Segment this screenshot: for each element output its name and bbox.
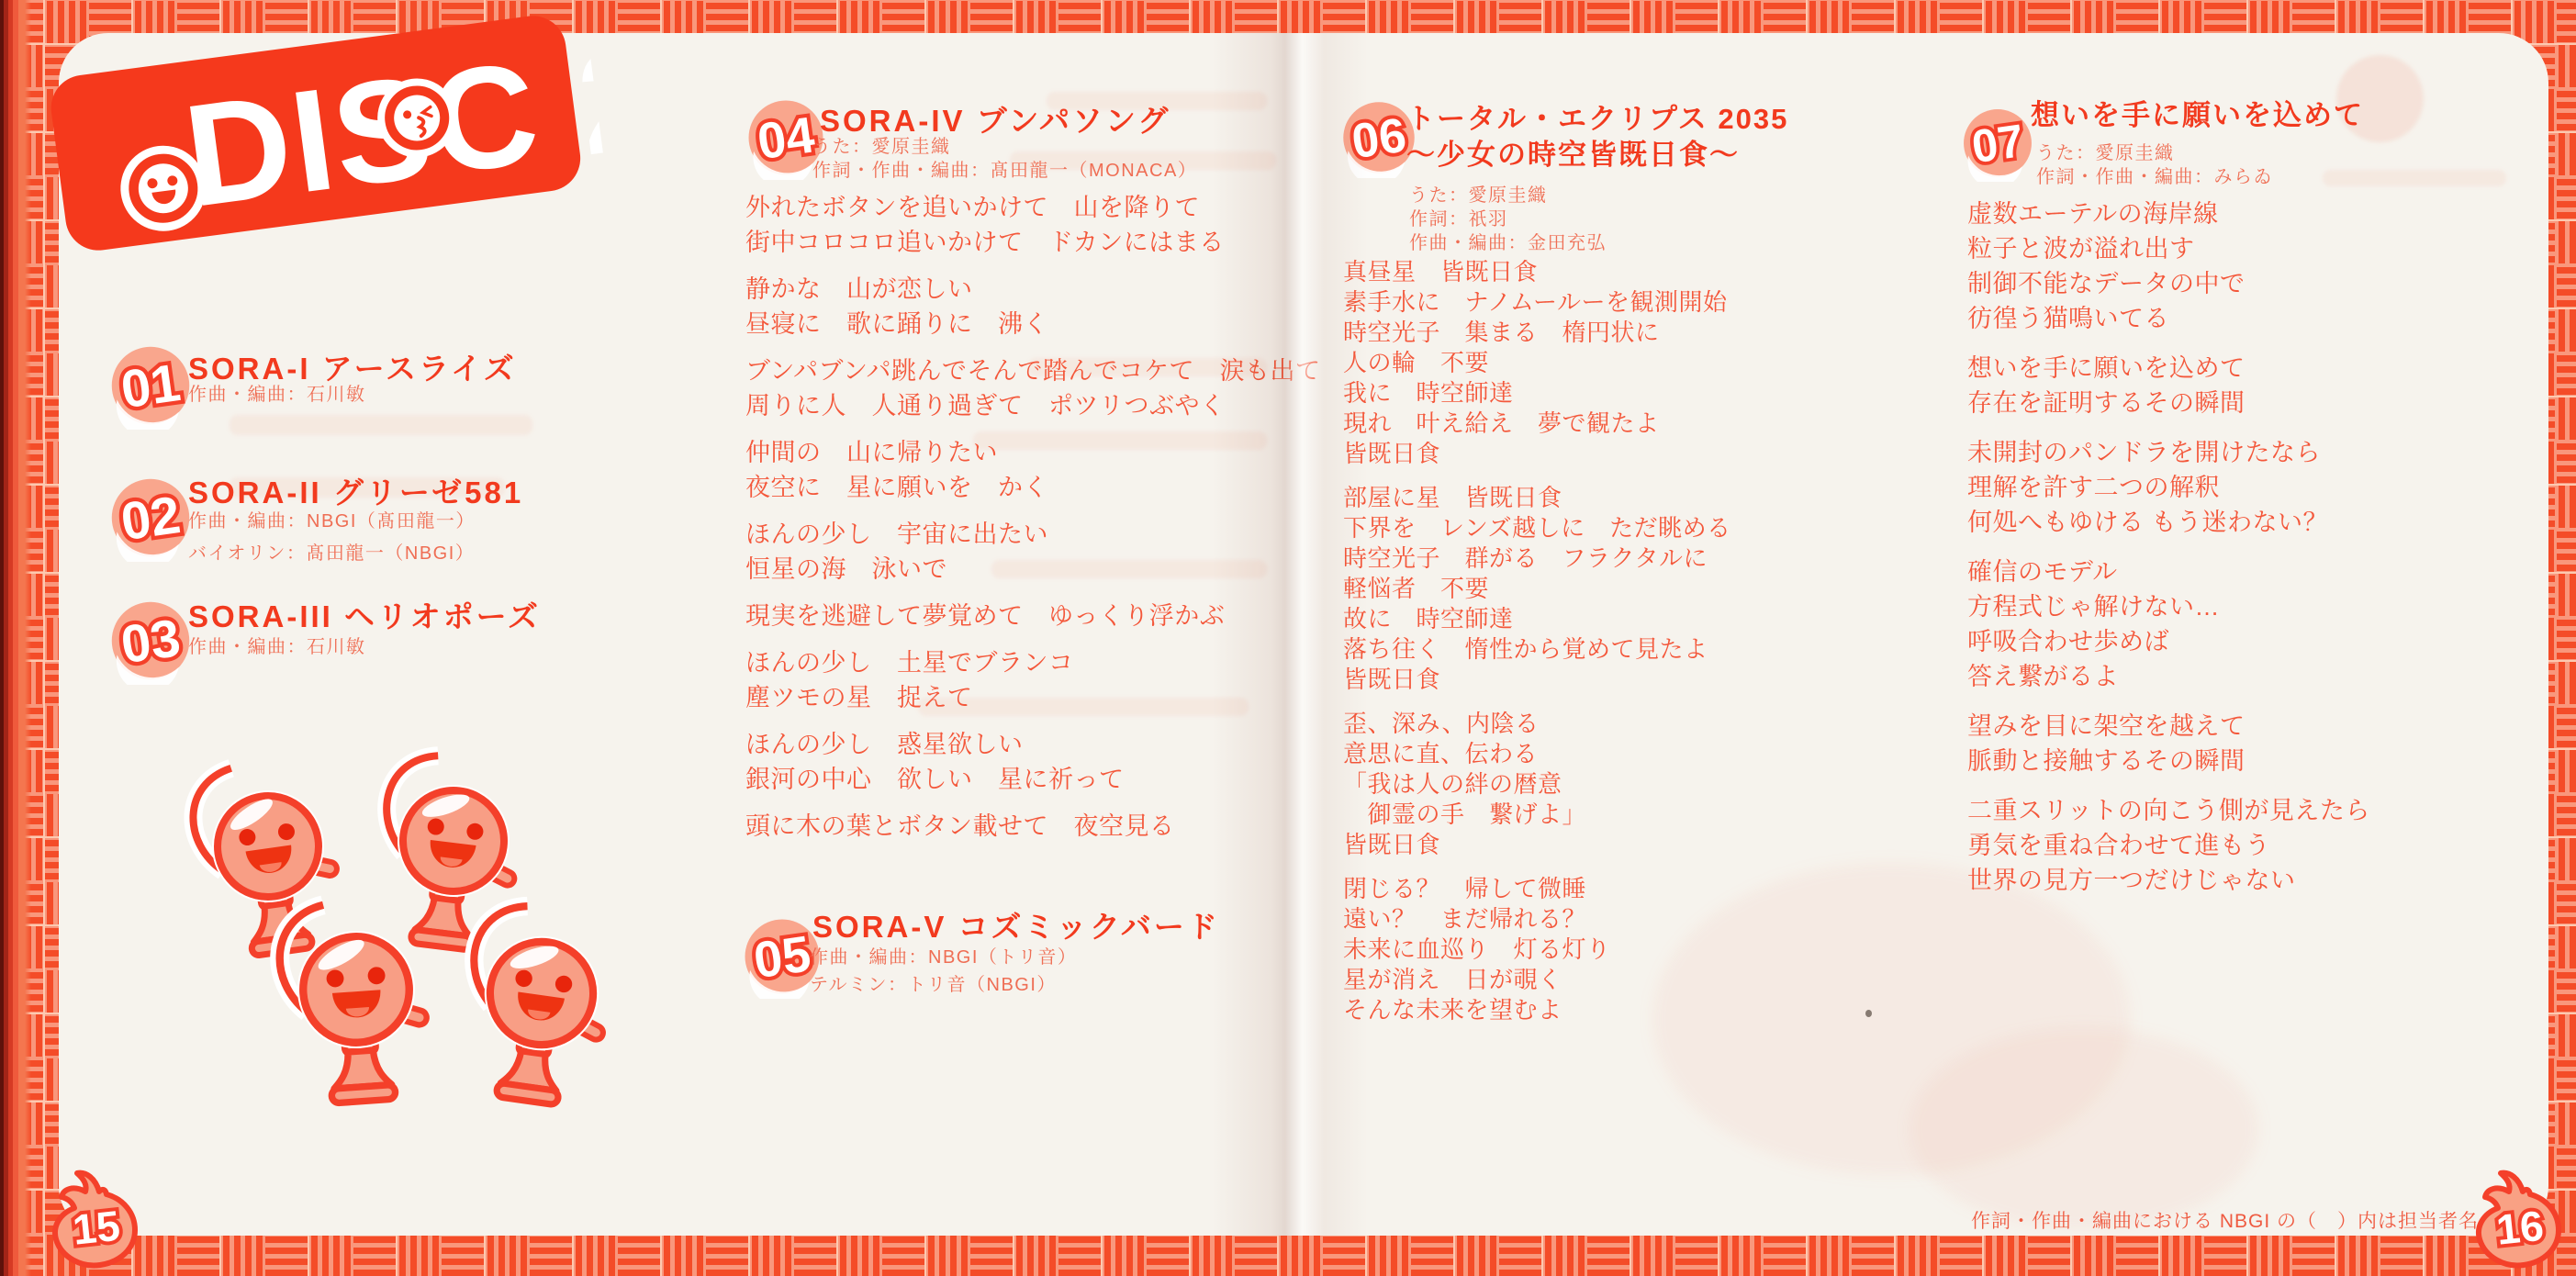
track-number: 05 <box>750 924 813 989</box>
lyric-line: 銀河の中心 欲しい 星に祈って <box>745 762 1315 797</box>
lyric-line: 理解を許す二つの解釈 <box>1967 470 2518 505</box>
lyric-stanza: 未開封のパンドラを開けたなら理解を許す二つの解釈何処へもゆける もう迷わない？ <box>1967 435 2518 540</box>
track-number-badge: 01 <box>106 341 195 430</box>
lyric-line: 素手水に ナノムールーを観測開始 <box>1343 287 1912 318</box>
lyric-line: 夜空に 星に願いを かく <box>745 470 1315 505</box>
lyric-line: 答え繋がるよ <box>1967 659 2518 694</box>
lyric-line: 歪、深み、内陰る <box>1343 709 1912 739</box>
lyric-stanza: ほんの少し 宇宙に出たい恒星の海 泳いで <box>745 517 1315 587</box>
lyrics-track07: 虚数エーテルの海岸線粒子と波が溢れ出す制御不能なデータの中で彷徨う猫鳴いてる想い… <box>1967 196 2518 912</box>
lyric-line: 下界を レンズ越しに ただ眺める <box>1343 513 1912 543</box>
lyric-line: 遠い？ まだ帰れる？ <box>1343 904 1912 935</box>
lyric-line: 御霊の手 繋げよ」 <box>1343 800 1912 830</box>
lyric-stanza: ほんの少し 惑星欲しい銀河の中心 欲しい 星に祈って <box>745 727 1315 797</box>
lyric-line: 周りに人 人通り過ぎて ポツリつぶやく <box>745 388 1315 423</box>
lyric-line: 部屋に星 皆既日食 <box>1343 483 1912 513</box>
track-number: 03 <box>118 609 184 675</box>
lyric-line: 頭に木の葉とボタン載せて 夜空見る <box>745 809 1315 844</box>
lyric-stanza: 静かな 山が恋しい昼寝に 歌に踊りに 沸く <box>745 272 1315 341</box>
track-vocal-credit: うた：愛原圭織 <box>812 131 951 158</box>
don-characters-illustration <box>138 744 689 1221</box>
lyric-line: 意思に直、伝わる <box>1343 739 1912 769</box>
lyric-line: 虚数エーテルの海岸線 <box>1967 196 2518 231</box>
lyric-line: 未開封のパンドラを開けたなら <box>1967 435 2518 470</box>
track-lyricist-credit: 作詞：祇羽 <box>1409 204 1508 230</box>
lyric-line: ほんの少し 惑星欲しい <box>745 727 1315 762</box>
lyric-line: 粒子と波が溢れ出す <box>1967 231 2518 266</box>
track-credit: 作詞・作曲・編曲：みらゐ <box>2036 162 2273 188</box>
lyric-line: ほんの少し 宇宙に出たい <box>745 517 1315 552</box>
lyric-line: 皆既日食 <box>1343 439 1912 469</box>
track-credit: 作曲・編曲：NBGI（トリ音） <box>810 942 1077 968</box>
lyric-line: 何処へもゆける もう迷わない？ <box>1967 505 2518 540</box>
lyric-line: 脈動と接触するその瞬間 <box>1967 744 2518 778</box>
track-title: 想いを手に願いを込めて <box>2031 92 2364 133</box>
track-title: SORA-V コズミックバード <box>812 903 1220 946</box>
track-credit: 作詞・作曲・編曲：髙田龍一（MONACA） <box>812 155 1197 182</box>
track-title-line2: ～少女の時空皆既日食～ <box>1406 131 1740 173</box>
track-number: 04 <box>754 106 818 170</box>
lyric-line: 未来に血巡り 灯る灯り <box>1343 935 1912 965</box>
lyric-line: 街中コロコロ追いかけて ドカンにはまる <box>745 225 1315 260</box>
lyric-line: 時空光子 群がる フラクタルに <box>1343 543 1912 574</box>
lyric-line: 皆既日食 <box>1343 830 1912 860</box>
lyric-line: 制御不能なデータの中で <box>1967 266 2518 301</box>
track-number-badge: 03 <box>106 597 195 685</box>
lyric-line: 方程式じゃ解けない… <box>1967 589 2518 624</box>
lyric-stanza: 外れたボタンを追いかけて 山を降りて街中コロコロ追いかけて ドカンにはまる <box>745 190 1315 260</box>
booklet-spine-edge <box>0 0 31 1276</box>
lyric-line: 望みを目に架空を越えて <box>1967 709 2518 744</box>
lyric-line: 昼寝に 歌に踊りに 沸く <box>745 307 1315 341</box>
lyric-stanza: 現実を逃避して夢覚めて ゆっくり浮かぶ <box>745 599 1315 633</box>
track-credit: テルミン：トリ音（NBGI） <box>810 969 1057 996</box>
lyric-stanza: ブンパブンパ跳んでそんで踏んでコケて 涙も出て周りに人 人通り過ぎて ポツリつぶ… <box>745 353 1315 423</box>
lyric-line: 我に 時空師達 <box>1343 378 1912 409</box>
lyric-line: 想いを手に願いを込めて <box>1967 351 2518 386</box>
lyric-line: 二重スリットの向こう側が見えたら <box>1967 793 2518 828</box>
track-vocal-credit: うた：愛原圭織 <box>2036 138 2175 164</box>
lyric-stanza: 頭に木の葉とボタン載せて 夜空見る <box>745 809 1315 844</box>
lyric-stanza: 虚数エーテルの海岸線粒子と波が溢れ出す制御不能なデータの中で彷徨う猫鳴いてる <box>1967 196 2518 336</box>
track-credit: 作曲・編曲：石川敏 <box>188 379 366 406</box>
lyric-stanza: 歪、深み、内陰る意思に直、伝わる「我は人の絆の暦意 御霊の手 繋げよ」皆既日食 <box>1343 709 1912 860</box>
lyric-line: 呼吸合わせ歩めば <box>1967 624 2518 659</box>
page-number: 15 <box>71 1202 122 1254</box>
lyrics-track06: 真昼星 皆既日食素手水に ナノムールーを観測開始時空光子 集まる 楕円状に人の輪… <box>1343 257 1912 1039</box>
lyric-line: 勇気を重ね合わせて進もう <box>1967 828 2518 863</box>
lyric-line: 真昼星 皆既日食 <box>1343 257 1912 287</box>
lyrics-track04: 外れたボタンを追いかけて 山を降りて街中コロコロ追いかけて ドカンにはまる静かな… <box>745 190 1315 856</box>
lyric-line: 静かな 山が恋しい <box>745 272 1315 307</box>
lyric-stanza: ほんの少し 土星でブランコ塵ツモの星 捉えて <box>745 645 1315 715</box>
lyric-line: 現実を逃避して夢覚めて ゆっくり浮かぶ <box>745 599 1315 633</box>
lyric-line: 故に 時空師達 <box>1343 604 1912 634</box>
track-credit: バイオリン：髙田龍一（NBGI） <box>188 538 475 565</box>
lyric-line: 人の輪 不要 <box>1343 348 1912 378</box>
track-number: 01 <box>118 353 184 420</box>
lyric-line: 塵ツモの星 捉えて <box>745 680 1315 715</box>
track-number: 07 <box>1968 114 2026 173</box>
lyric-stanza: 二重スリットの向こう側が見えたら勇気を重ね合わせて進もう世界の見方一つだけじゃな… <box>1967 793 2518 898</box>
track-vocal-credit: うた：愛原圭織 <box>1409 180 1548 207</box>
track-number: 02 <box>118 486 184 552</box>
track-title: SORA-III ヘリオポーズ <box>188 593 541 636</box>
lyric-stanza: 部屋に星 皆既日食下界を レンズ越しに ただ眺める時空光子 群がる フラクタルに… <box>1343 483 1912 695</box>
track-number-badge: 07 <box>1959 105 2036 182</box>
lyric-line: 彷徨う猫鳴いてる <box>1967 301 2518 336</box>
lyric-stanza: 想いを手に願いを込めて存在を証明するその瞬間 <box>1967 351 2518 420</box>
lyric-line: 確信のモデル <box>1967 554 2518 589</box>
lyric-line: 皆既日食 <box>1343 665 1912 695</box>
lyric-stanza: 閉じる？ 帰して微睡遠い？ まだ帰れる？未来に血巡り 灯る灯り星が消え 日が覗く… <box>1343 874 1912 1025</box>
lyric-line: 仲間の 山に帰りたい <box>745 435 1315 470</box>
track-number-badge: 02 <box>106 474 195 562</box>
lyric-line: 軽悩者 不要 <box>1343 574 1912 604</box>
track-credit: 作曲・編曲：石川敏 <box>188 632 366 658</box>
page-number-badge-right: 16 <box>2466 1168 2576 1276</box>
page-number: 16 <box>2494 1202 2546 1254</box>
track-composer-credit: 作曲・編曲：金田充弘 <box>1409 228 1607 254</box>
lyric-stanza: 望みを目に架空を越えて脈動と接触するその瞬間 <box>1967 709 2518 778</box>
lyric-line: 時空光子 集まる 楕円状に <box>1343 318 1912 348</box>
lyric-line: 「我は人の絆の暦意 <box>1343 769 1912 800</box>
track-credit: 作曲・編曲：NBGI（髙田龍一） <box>188 506 476 532</box>
footer-note: 作詞・作曲・編曲における NBGI の（ ）内は担当者名 <box>1965 1206 2479 1234</box>
page-number-badge-left: 15 <box>42 1168 152 1276</box>
lyric-line: 世界の見方一つだけじゃない <box>1967 863 2518 898</box>
lyric-line: 外れたボタンを追いかけて 山を降りて <box>745 190 1315 225</box>
lyric-line: 現れ 叶え給え 夢で観たよ <box>1343 409 1912 439</box>
lyric-stanza: 確信のモデル方程式じゃ解けない…呼吸合わせ歩めば答え繋がるよ <box>1967 554 2518 694</box>
lyric-line: 恒星の海 泳いで <box>745 552 1315 587</box>
booklet-scan: DISC 2 01 SORA-I アースライズ 作曲・編曲：石川 <box>0 0 2576 1276</box>
lyric-line: 星が消え 日が覗く <box>1343 965 1912 995</box>
lyric-line: ほんの少し 土星でブランコ <box>745 645 1315 680</box>
lyric-line: ブンパブンパ跳んでそんで踏んでコケて 涙も出て <box>745 353 1315 388</box>
lyric-line: 落ち往く 惰性から覚めて見たよ <box>1343 634 1912 665</box>
track-number: 06 <box>1349 108 1409 170</box>
lyric-line: そんな未来を望むよ <box>1343 995 1912 1025</box>
lyric-line: 存在を証明するその瞬間 <box>1967 386 2518 420</box>
lyric-stanza: 仲間の 山に帰りたい夜空に 星に願いを かく <box>745 435 1315 505</box>
lyric-line: 閉じる？ 帰して微睡 <box>1343 874 1912 904</box>
lyric-stanza: 真昼星 皆既日食素手水に ナノムールーを観測開始時空光子 集まる 楕円状に人の輪… <box>1343 257 1912 469</box>
